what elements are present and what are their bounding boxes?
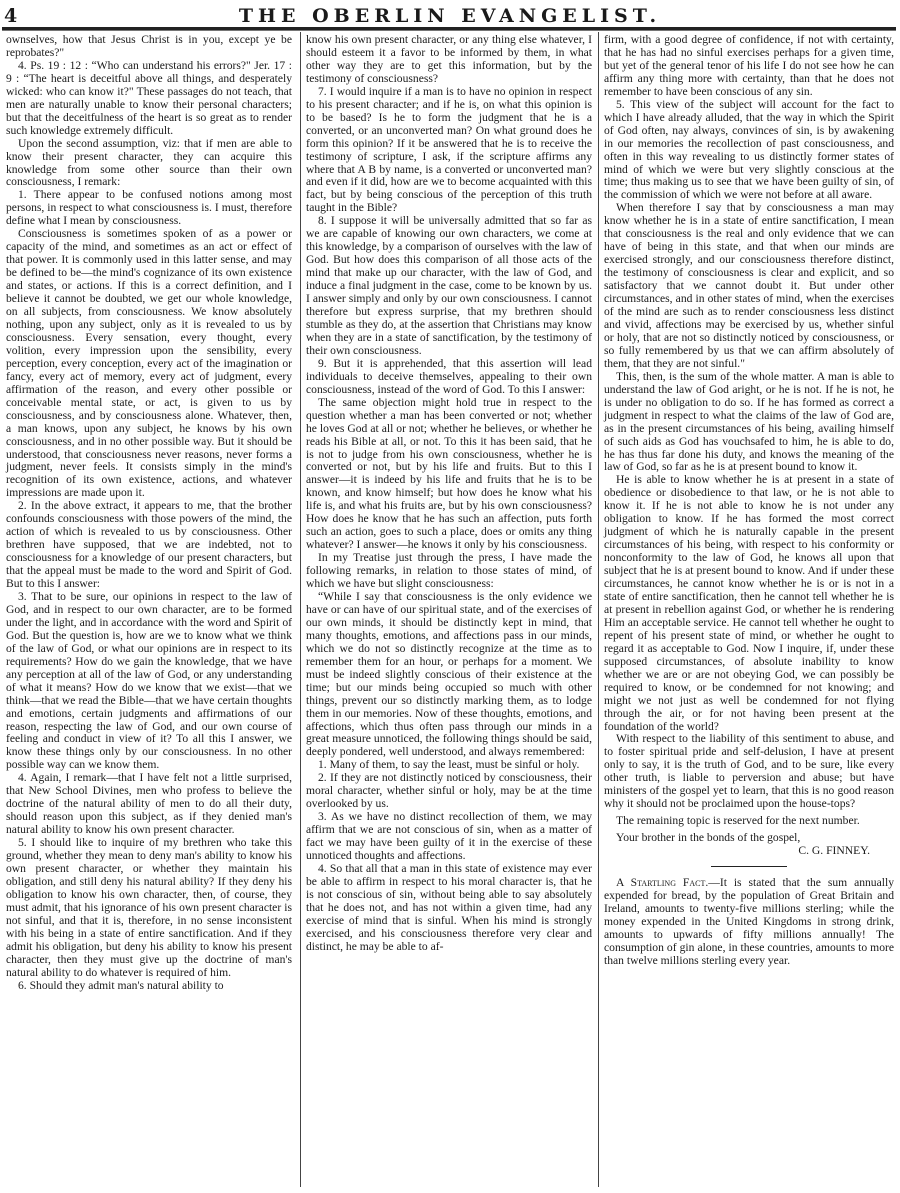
column-divider bbox=[598, 32, 599, 1187]
column-3-body: firm, with a good degree of confidence, … bbox=[604, 34, 894, 828]
article-paragraph: 3. As we have no distinct recollection o… bbox=[306, 811, 592, 863]
article-paragraph: This, then, is the sum of the whole matt… bbox=[604, 371, 894, 475]
startling-fact-text: —It is stated that the sum annually expe… bbox=[604, 876, 894, 967]
article-paragraph: know his own present character, or any t… bbox=[306, 34, 592, 86]
article-paragraph: 7. I would inquire if a man is to have n… bbox=[306, 86, 592, 216]
column-1: ownselves, how that Jesus Christ is in y… bbox=[6, 34, 292, 993]
article-paragraph: Consciousness is sometimes spoken of as … bbox=[6, 228, 292, 500]
article-paragraph: In my Treatise just through the press, I… bbox=[306, 552, 592, 591]
article-paragraph: “While I say that consciousness is the o… bbox=[306, 591, 592, 759]
article-paragraph: 5. I should like to inquire of my brethr… bbox=[6, 837, 292, 979]
column-divider bbox=[300, 32, 301, 1187]
article-paragraph: 6. Should they admit man's natural abili… bbox=[6, 980, 292, 993]
startling-fact-heading: A Startling Fact. bbox=[616, 876, 708, 889]
masthead: 4 THE OBERLIN EVANGELIST. bbox=[0, 0, 900, 30]
article-paragraph: The same objection might hold true in re… bbox=[306, 397, 592, 552]
article-paragraph: The remaining topic is reserved for the … bbox=[604, 815, 894, 828]
article-paragraph: He is able to know whether he is at pres… bbox=[604, 474, 894, 733]
article-paragraph: 4. So that all that a man in this state … bbox=[306, 863, 592, 954]
article-paragraph: When therefore I say that by consciousne… bbox=[604, 202, 894, 370]
startling-fact-paragraph: A Startling Fact.—It is stated that the … bbox=[604, 877, 894, 968]
article-paragraph: 3. That to be sure, our opinions in resp… bbox=[6, 591, 292, 772]
article-paragraph: Upon the second assumption, viz: that if… bbox=[6, 138, 292, 190]
article-paragraph: 4. Ps. 19 : 12 : “Who can understand his… bbox=[6, 60, 292, 138]
newspaper-title: THE OBERLIN EVANGELIST. bbox=[0, 5, 900, 27]
section-divider bbox=[711, 866, 787, 867]
article-paragraph: 8. I suppose it will be universally admi… bbox=[306, 215, 592, 357]
article-paragraph: With respect to the liability of this se… bbox=[604, 733, 894, 811]
article-paragraph: ownselves, how that Jesus Christ is in y… bbox=[6, 34, 292, 60]
signature-name: C. G. FINNEY. bbox=[604, 845, 894, 858]
column-2: know his own present character, or any t… bbox=[306, 34, 592, 954]
article-paragraph: 2. In the above extract, it appears to m… bbox=[6, 500, 292, 591]
column-3: firm, with a good degree of confidence, … bbox=[604, 34, 894, 968]
masthead-rule bbox=[2, 27, 896, 31]
article-paragraph: firm, with a good degree of confidence, … bbox=[604, 34, 894, 99]
article-paragraph: 4. Again, I remark—that I have felt not … bbox=[6, 772, 292, 837]
article-paragraph: 9. But it is apprehended, that this asse… bbox=[306, 358, 592, 397]
article-paragraph: 5. This view of the subject will account… bbox=[604, 99, 894, 203]
article-paragraph: 2. If they are not distinctly noticed by… bbox=[306, 772, 592, 811]
article-paragraph: 1. There appear to be confused notions a… bbox=[6, 189, 292, 228]
